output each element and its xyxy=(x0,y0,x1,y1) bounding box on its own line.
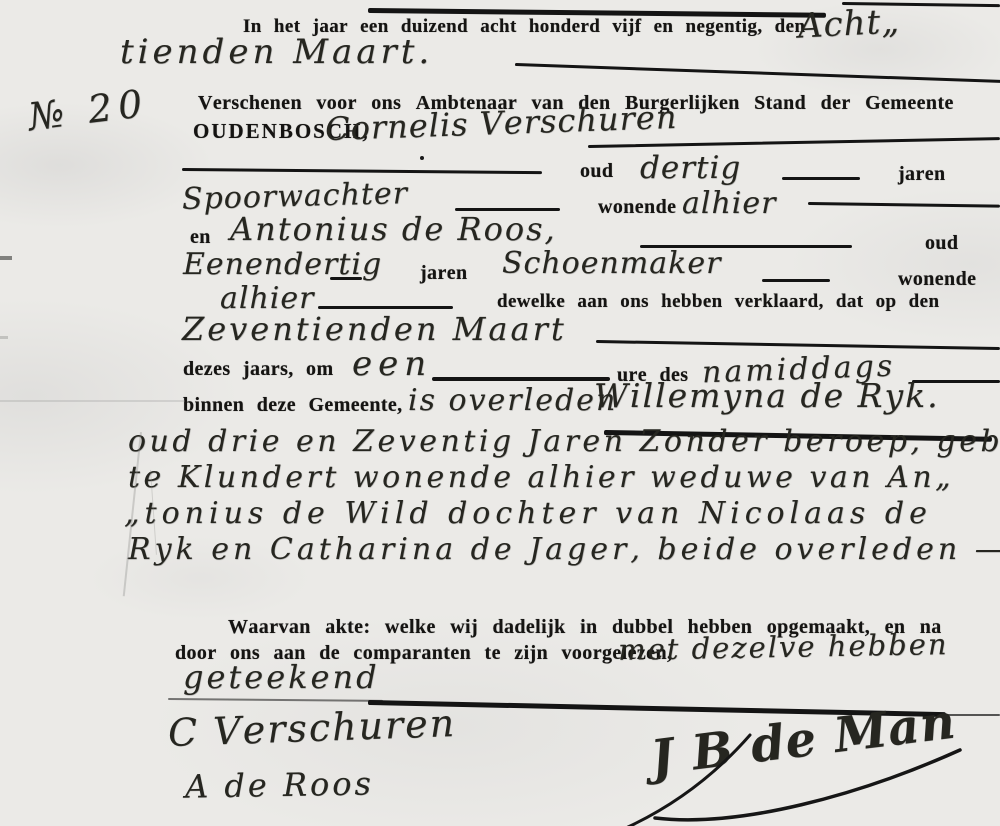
label-oud-1: oud xyxy=(580,160,613,183)
label-jaren-1: jaren xyxy=(898,163,946,186)
edge-mark xyxy=(0,256,12,260)
witness2-signature: A de Roos xyxy=(185,764,375,805)
registrar-signature-flourish xyxy=(600,700,1000,826)
declarant2-occupation-handwritten: Schoenmaker xyxy=(502,246,721,281)
deceased-details-line1: oud drie en Zeventig Jaren Zonder beroep… xyxy=(128,424,1000,459)
label-en: en xyxy=(190,226,211,249)
witness1-signature: C Verschuren xyxy=(167,701,456,755)
scratch-mark xyxy=(0,400,185,402)
geteekend-handwritten: geteekend xyxy=(183,658,380,696)
overleden-handwritten: is overleden xyxy=(408,383,617,418)
label-jaren-2: jaren xyxy=(420,262,468,285)
deceased-details-line2: te Klundert wonende alhier weduwe van An… xyxy=(128,460,954,495)
ink-dot xyxy=(420,156,424,160)
act-day-part1-handwritten: Acht„ xyxy=(797,1,901,46)
fill-line xyxy=(588,137,1000,148)
label-oud-2: oud xyxy=(925,232,958,255)
declarant1-age-handwritten: dertig xyxy=(640,150,741,186)
death-date-handwritten: Zeventienden Maart xyxy=(182,310,567,348)
label-dezes-jaars-om: dezes jaars, om xyxy=(183,358,334,381)
deceased-details-line3: „tonius de Wild dochter van Nicolaas de xyxy=(124,496,932,531)
fill-line xyxy=(762,279,830,282)
fill-line xyxy=(432,377,610,381)
fill-line xyxy=(330,277,362,280)
closing-handwritten: met dezelve hebben xyxy=(618,627,949,667)
death-hour-handwritten: een xyxy=(352,344,432,384)
label-wonende-2: wonende xyxy=(898,268,976,291)
act-day-part2-handwritten: tienden Maart. xyxy=(120,32,433,72)
fill-line xyxy=(182,168,542,174)
edge-mark xyxy=(0,336,8,339)
fill-line xyxy=(596,340,1000,350)
fill-line xyxy=(782,177,860,180)
declarant1-residence-handwritten: alhier xyxy=(682,186,777,221)
fill-line xyxy=(318,306,453,309)
death-certificate-scan: In het jaar een duizend acht honderd vij… xyxy=(0,0,1000,826)
label-wonende-1: wonende xyxy=(598,196,676,219)
fill-line xyxy=(515,63,1000,83)
deceased-name-handwritten: Willemyna de Ryk. xyxy=(594,376,940,415)
fill-line xyxy=(168,698,383,702)
label-binnen-deze-gemeente: binnen deze Gemeente, xyxy=(183,394,403,417)
act-number: № 20 xyxy=(26,81,151,139)
fill-line xyxy=(808,202,1000,208)
declarant2-name-handwritten: Antonius de Roos, xyxy=(230,210,557,248)
deceased-details-line4: Ryk en Catharina de Jager, beide overled… xyxy=(128,532,1000,567)
